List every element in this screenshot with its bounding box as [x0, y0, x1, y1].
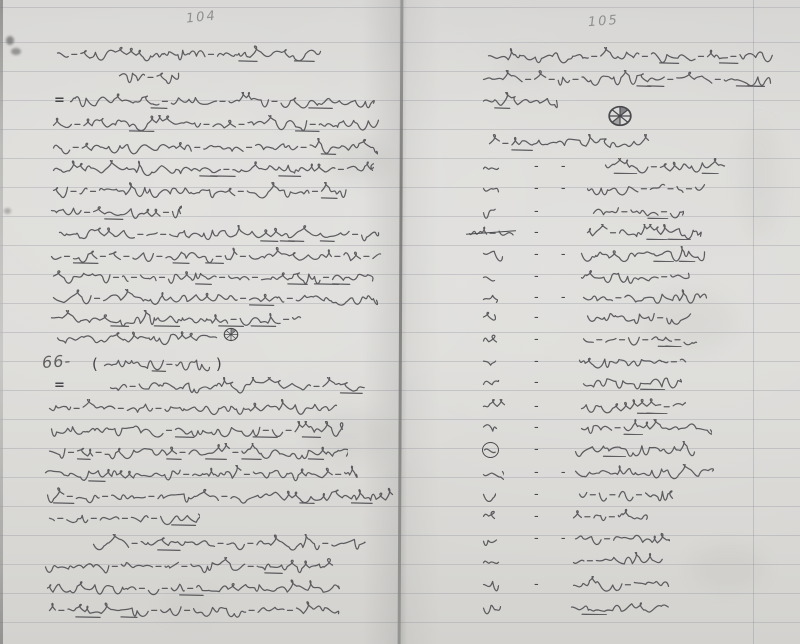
table-row: -: [482, 374, 782, 392]
handwritten-line: [52, 181, 348, 200]
table-row: -: [482, 309, 782, 327]
handwritten-text: [50, 310, 302, 327]
row-value: [574, 441, 696, 457]
row-separator-dashes: - -: [534, 290, 567, 305]
handwritten-line: [50, 246, 382, 265]
handwritten-line: [52, 137, 378, 156]
handwritten-line: [58, 224, 380, 243]
row-key-glyph: [482, 290, 498, 305]
handwritten-line: [44, 556, 334, 575]
handwritten-line: [48, 600, 340, 619]
row-separator-dashes: -: [534, 442, 540, 457]
ink-smudge: [6, 36, 14, 45]
handwritten-text: [46, 487, 394, 504]
row-key-glyph: [482, 531, 498, 546]
handwritten-line: [56, 44, 322, 63]
row-key-glyph: [482, 420, 498, 435]
row-separator-dashes: -: [534, 487, 540, 502]
row-separator-dashes: -: [534, 310, 540, 325]
row-key-glyph: [482, 181, 500, 196]
handwritten-text: [92, 534, 366, 551]
handwritten-text: [44, 465, 358, 482]
table-row: -: [482, 398, 782, 416]
row-value: [580, 268, 690, 284]
row-separator-dashes: - -: [534, 465, 567, 480]
handwritten-line: [52, 267, 374, 286]
handwritten-line: [52, 114, 380, 133]
row-value: [574, 530, 670, 546]
handwritten-text: [56, 330, 218, 347]
table-row: - -: [482, 158, 782, 176]
row-separator-dashes: -: [534, 509, 540, 524]
table-heading: [488, 133, 650, 152]
handwritten-text: [103, 355, 211, 372]
handwritten-line: [50, 420, 344, 439]
table-row: [482, 599, 782, 617]
row-key-glyph: [468, 225, 514, 240]
handwritten-text: [52, 138, 378, 155]
row-value: [580, 246, 706, 262]
row-value: [604, 158, 726, 174]
row-value: [570, 599, 670, 615]
row-key-glyph: [482, 577, 500, 592]
row-value: [586, 224, 702, 240]
row-value: [572, 552, 664, 568]
table-row: -: [482, 224, 782, 242]
handwritten-text: [482, 92, 558, 109]
handwritten-text: [488, 134, 650, 151]
row-separator-dashes: -: [534, 577, 540, 592]
handwritten-text: [48, 399, 338, 416]
table-row: - -: [482, 180, 782, 198]
margin-note: 66-: [41, 351, 71, 372]
row-key-glyph: [482, 465, 504, 480]
page-number: 105: [588, 13, 620, 30]
row-value: [582, 374, 682, 390]
handwritten-text: [52, 182, 348, 199]
row-value: [580, 419, 712, 435]
handwritten-text: [52, 160, 374, 177]
row-key-glyph: [482, 399, 506, 414]
row-key-glyph: [482, 553, 500, 568]
handwritten-line: [52, 288, 378, 307]
rosette-doodle-icon: [222, 326, 240, 343]
handwritten-line: [118, 67, 180, 86]
row-key-glyph: [482, 159, 500, 174]
table-row: - -: [482, 464, 782, 482]
handwritten-text: [487, 47, 775, 64]
row-key-glyph: [482, 204, 498, 219]
table-row: -: [482, 268, 782, 286]
handwritten-text: [52, 289, 378, 306]
row-separator-dashes: -: [534, 375, 540, 390]
row-separator-dashes: -: [534, 399, 540, 414]
row-key-glyph: [482, 442, 499, 458]
handwritten-line: [48, 398, 338, 417]
row-value: [586, 309, 692, 325]
handwritten-line: [48, 508, 200, 527]
equals-sign: =: [54, 378, 64, 393]
row-separator-dashes: -: [534, 332, 540, 347]
page-number: 104: [185, 8, 217, 26]
row-value: [582, 331, 698, 347]
row-value: [582, 289, 708, 305]
handwritten-text: [46, 579, 340, 596]
handwritten-line: [46, 578, 340, 597]
handwritten-text: [50, 421, 344, 438]
row-value: [572, 576, 670, 592]
table-row: [482, 552, 782, 570]
row-separator-dashes: -: [534, 354, 540, 369]
notebook-scan: 104 66- = () = 105: [0, 0, 800, 644]
handwritten-text: [58, 225, 380, 242]
handwritten-text: [118, 68, 180, 85]
rosette-doodle-icon: [605, 103, 635, 129]
handwritten-line: =: [54, 91, 375, 110]
scan-edge-shadow: [0, 0, 3, 644]
handwritten-line: [92, 533, 366, 552]
table-row: - -: [482, 530, 782, 548]
table-row: -: [482, 353, 782, 371]
table-row: -: [482, 508, 782, 526]
handwritten-line: [44, 464, 358, 483]
table-row: -: [482, 576, 782, 594]
handwritten-text: [69, 92, 375, 109]
row-value: [578, 486, 674, 502]
handwritten-text: [52, 268, 374, 285]
row-separator-dashes: - -: [534, 531, 567, 546]
row-value: [592, 203, 684, 219]
handwritten-text: [482, 70, 772, 87]
handwritten-line: [56, 329, 218, 348]
table-row: -: [482, 203, 782, 221]
row-separator-dashes: -: [534, 420, 540, 435]
row-key-glyph: [482, 269, 496, 284]
table-row: -: [482, 441, 782, 459]
row-separator-dashes: - -: [534, 247, 567, 262]
handwritten-line: [482, 91, 558, 110]
handwritten-text: [50, 247, 382, 264]
row-value: [586, 180, 706, 196]
handwritten-line: [52, 159, 374, 178]
row-key-glyph: [482, 332, 498, 347]
table-row: - -: [482, 246, 782, 264]
handwritten-text: [48, 443, 348, 460]
handwritten-line: [482, 69, 772, 88]
handwritten-line: [48, 442, 348, 461]
row-key-glyph: [482, 310, 496, 325]
row-separator-dashes: - -: [534, 159, 567, 174]
row-value: [572, 508, 648, 524]
row-separator-dashes: -: [534, 225, 540, 240]
handwritten-line: (): [92, 354, 222, 373]
handwritten-text: [48, 601, 340, 618]
table-row: -: [482, 331, 782, 349]
row-key-glyph: [482, 487, 496, 502]
handwritten-text: [50, 203, 182, 220]
row-separator-dashes: -: [534, 269, 540, 284]
row-separator-dashes: -: [534, 204, 540, 219]
row-value: [578, 353, 688, 369]
row-value: [574, 464, 714, 480]
row-key-glyph: [482, 375, 500, 390]
handwritten-text: [109, 377, 367, 394]
row-value: [580, 398, 686, 414]
row-key-glyph: [482, 509, 496, 524]
row-key-glyph: [482, 247, 504, 262]
handwritten-text: [56, 45, 322, 62]
table-row: -: [482, 419, 782, 437]
handwritten-line: [50, 202, 182, 221]
table-row: - -: [482, 289, 782, 307]
handwritten-line: =: [54, 376, 367, 395]
table-row: -: [482, 486, 782, 504]
row-key-glyph: [482, 354, 498, 369]
handwritten-line: [46, 486, 394, 505]
close-paren: ): [216, 355, 222, 373]
handwritten-text: [52, 115, 380, 132]
handwritten-text: [48, 509, 200, 526]
open-paren: (: [92, 355, 98, 373]
row-key-glyph: [482, 600, 502, 615]
row-separator-dashes: - -: [534, 181, 567, 196]
ink-smudge: [11, 48, 21, 55]
handwritten-line: [487, 46, 775, 65]
right-margin-line: [753, 0, 754, 644]
handwritten-line: [50, 309, 302, 328]
equals-sign: =: [54, 93, 64, 108]
ink-smudge: [4, 208, 11, 214]
handwritten-text: [44, 557, 334, 574]
